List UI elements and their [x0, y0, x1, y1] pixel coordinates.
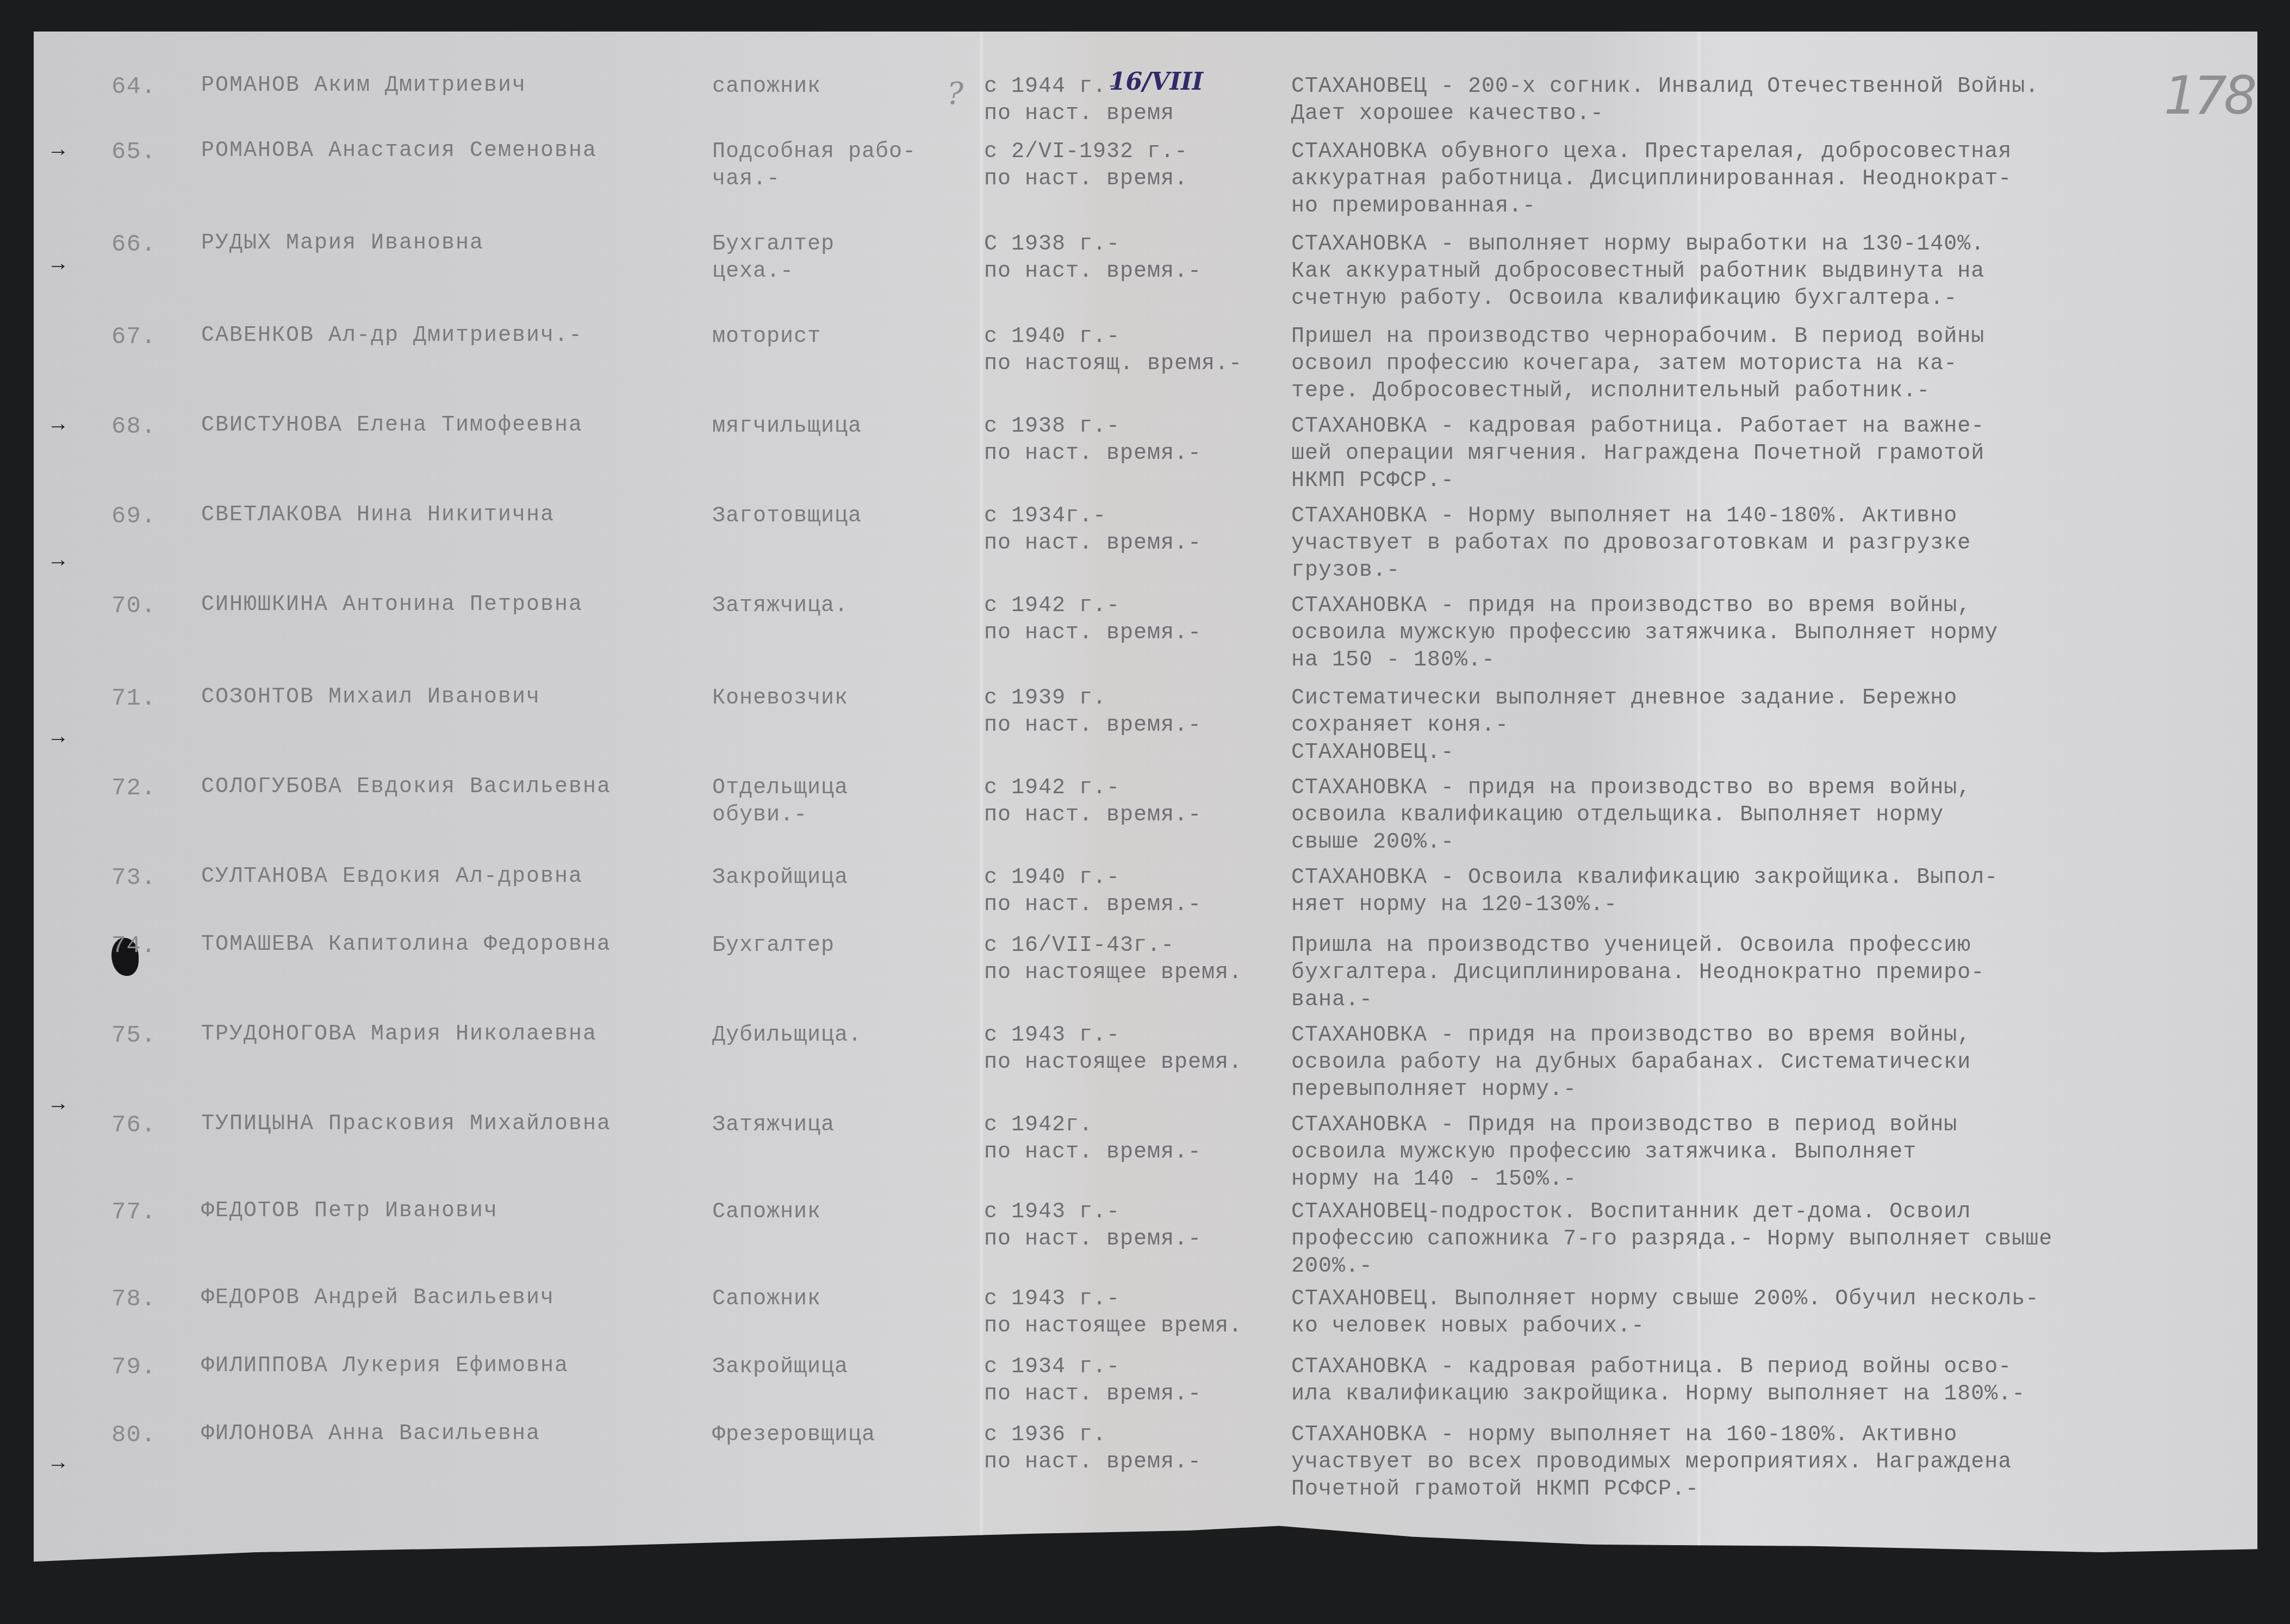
- employee-name: ФЕДОТОВ Петр Иванович: [201, 1199, 498, 1223]
- employee-position: Закройщица: [712, 864, 848, 892]
- employee-name: СУЛТАНОВА Евдокия Ал-дровна: [201, 864, 583, 889]
- employee-characteristic: Систематически выполняет дневное задание…: [1291, 685, 2139, 767]
- employee-name: СВЕТЛАКОВА Нина Никитична: [201, 503, 555, 527]
- pencil-tick-mark: →: [52, 139, 65, 163]
- employee-position: Заготовщица: [712, 503, 862, 530]
- employee-position: сапожник: [712, 73, 821, 101]
- row-number: 76.: [111, 1112, 156, 1139]
- employee-name: СОЗОНТОВ Михаил Иванович: [201, 685, 540, 710]
- employment-period: с 1943 г.- по настоящее время.: [984, 1286, 1242, 1340]
- employee-name: ТОМАШЕВА Капитолина Федоровна: [201, 932, 611, 957]
- row-number: 65.: [111, 139, 156, 166]
- employee-position: Затяжчица: [712, 1112, 835, 1139]
- employee-position: мягчильщица: [712, 413, 862, 440]
- employee-position: Дубильщица.: [712, 1022, 862, 1049]
- employee-position: моторист: [712, 323, 821, 351]
- employment-period: с 1936 г. по наст. время.-: [984, 1422, 1202, 1476]
- employee-characteristic: СТАХАНОВКА - придя на производство во вр…: [1291, 1022, 2139, 1104]
- row-number: 72.: [111, 775, 156, 802]
- employment-period: с 1943 г.- по настоящее время.: [984, 1022, 1242, 1077]
- pencil-tick-mark: →: [52, 726, 65, 750]
- employee-position: Сапожник: [712, 1286, 821, 1313]
- employee-position: Закройщица: [712, 1354, 848, 1381]
- employment-period: с 1934 г.- по наст. время.-: [984, 1354, 1202, 1408]
- employee-characteristic: СТАХАНОВКА - выполняет норму выработки н…: [1291, 231, 2139, 313]
- employee-name: ТРУДОНОГОВА Мария Николаевна: [201, 1022, 597, 1047]
- employment-period: с 1944 г.- по наст. время: [984, 73, 1174, 128]
- employee-position: Коневозчик: [712, 685, 848, 712]
- row-number: 77.: [111, 1199, 156, 1226]
- employee-characteristic: СТАХАНОВЕЦ - 200-х согник. Инвалид Отече…: [1291, 73, 2139, 128]
- employee-position: Фрезеровщица: [712, 1422, 875, 1449]
- employee-name: САВЕНКОВ Ал-др Дмитриевич.-: [201, 323, 583, 348]
- row-number: 66.: [111, 231, 156, 258]
- employee-name: РУДЫХ Мария Ивановна: [201, 231, 484, 256]
- employee-name: РОМАНОВА Анастасия Семеновна: [201, 139, 597, 163]
- employment-period: с 1940 г.- по настоящ. время.-: [984, 323, 1242, 378]
- employee-name: ТУПИЦЫНА Прасковия Михайловна: [201, 1112, 611, 1136]
- employee-name: ФИЛИППОВА Лукерия Ефимовна: [201, 1354, 569, 1378]
- row-number: 64.: [111, 73, 156, 101]
- employment-period: с 1943 г.- по наст. время.-: [984, 1199, 1202, 1253]
- employee-characteristic: СТАХАНОВКА - норму выполняет на 160-180%…: [1291, 1422, 2139, 1503]
- employee-characteristic: СТАХАНОВЕЦ. Выполняет норму свыше 200%. …: [1291, 1286, 2139, 1340]
- page-number: 178: [2164, 65, 2254, 126]
- employee-characteristic: СТАХАНОВКА - Норму выполняет на 140-180%…: [1291, 503, 2139, 584]
- row-number: 69.: [111, 503, 156, 530]
- employee-name: РОМАНОВ Аким Дмитриевич: [201, 73, 526, 98]
- employee-characteristic: СТАХАНОВКА - Освоила квалификацию закрой…: [1291, 864, 2139, 919]
- pencil-tick-mark: →: [52, 549, 65, 574]
- employee-characteristic: Пришла на производство ученицей. Освоила…: [1291, 932, 2139, 1014]
- row-number: 67.: [111, 323, 156, 351]
- pencil-tick-mark: →: [52, 413, 65, 438]
- employee-position: Бухгалтер цеха.-: [712, 231, 835, 285]
- row-number: 75.: [111, 1022, 156, 1049]
- employment-period: с 1940 г.- по наст. время.-: [984, 864, 1202, 919]
- handwritten-mark: ?: [947, 76, 963, 111]
- row-number: 78.: [111, 1286, 156, 1313]
- employment-period: с 1942 г.- по наст. время.-: [984, 593, 1202, 647]
- row-number: 80.: [111, 1422, 156, 1449]
- employee-position: Подсобная рабо- чая.-: [712, 139, 916, 193]
- employment-period: с 1938 г.- по наст. время.-: [984, 413, 1202, 468]
- employee-characteristic: СТАХАНОВКА - кадровая работница. Работае…: [1291, 413, 2139, 495]
- employment-period: с 1939 г. по наст. время.-: [984, 685, 1202, 739]
- pencil-tick-mark: →: [52, 1093, 65, 1117]
- paper-fold-line: [980, 32, 983, 1586]
- employee-position: Затяжчица.: [712, 593, 848, 620]
- employment-period: С 1938 г.- по наст. время.-: [984, 231, 1202, 285]
- employee-characteristic: СТАХАНОВКА - придя на производство во вр…: [1291, 775, 2139, 856]
- row-number: 70.: [111, 593, 156, 620]
- row-number: 74.: [111, 932, 156, 960]
- employee-characteristic: СТАХАНОВКА - придя на производство во вр…: [1291, 593, 2139, 674]
- employee-name: СВИСТУНОВА Елена Тимофеевна: [201, 413, 583, 438]
- employee-name: ФЕДОРОВ Андрей Васильевич: [201, 1286, 555, 1310]
- row-number: 68.: [111, 413, 156, 440]
- employment-period: с 1942 г.- по наст. время.-: [984, 775, 1202, 829]
- employee-position: Сапожник: [712, 1199, 821, 1226]
- employee-name: ФИЛОНОВА Анна Васильевна: [201, 1422, 540, 1446]
- employment-period: с 1934г.- по наст. время.-: [984, 503, 1202, 557]
- employment-period: с 1942г. по наст. время.-: [984, 1112, 1202, 1166]
- employee-characteristic: СТАХАНОВКА - кадровая работница. В перио…: [1291, 1354, 2139, 1408]
- employee-characteristic: СТАХАНОВКА - Придя на производство в пер…: [1291, 1112, 2139, 1193]
- row-number: 73.: [111, 864, 156, 892]
- pencil-tick-mark: →: [52, 253, 65, 277]
- employee-name: СОЛОГУБОВА Евдокия Васильевна: [201, 775, 611, 799]
- employee-characteristic: СТАХАНОВЕЦ-подросток. Воспитанник дет-до…: [1291, 1199, 2139, 1280]
- row-number: 71.: [111, 685, 156, 712]
- employee-name: СИНЮШКИНА Антонина Петровна: [201, 593, 583, 617]
- pencil-tick-mark: →: [52, 1452, 65, 1476]
- row-number: 79.: [111, 1354, 156, 1381]
- employee-characteristic: СТАХАНОВКА обувного цеха. Престарелая, д…: [1291, 139, 2139, 220]
- employee-characteristic: Пришел на производство чернорабочим. В п…: [1291, 323, 2139, 405]
- employment-period: с 16/VII-43г.- по настоящее время.: [984, 932, 1242, 987]
- employment-period: с 2/VI-1932 г.- по наст. время.: [984, 139, 1188, 193]
- employee-position: Отдельщица обуви.-: [712, 775, 848, 829]
- employee-position: Бухгалтер: [712, 932, 835, 960]
